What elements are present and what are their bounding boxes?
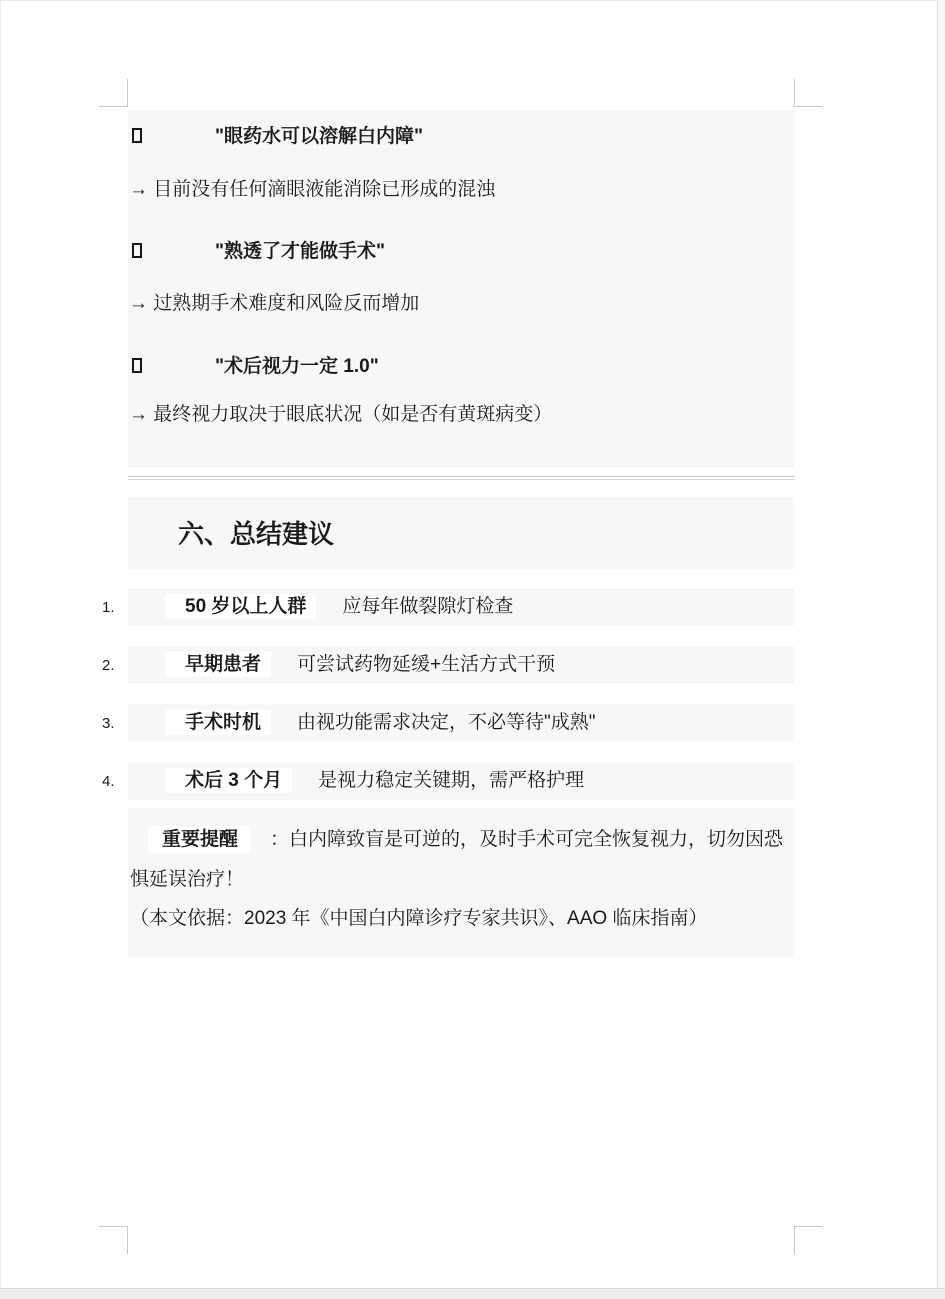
section-divider xyxy=(128,476,795,480)
list-item: 2. 早期患者可尝试药物延缓+生活方式干预 xyxy=(128,646,794,684)
summary-heading-block: 六、总结建议 xyxy=(128,497,794,569)
app-background-right xyxy=(938,0,945,1299)
myth-rebuttal-row: → 最终视力取决于眼底状况（如是否有黄斑病变） xyxy=(128,404,794,426)
list-number: 2. xyxy=(102,657,115,674)
list-text: 是视力稳定关键期，需严格护理 xyxy=(318,770,584,791)
page-edge-left xyxy=(0,0,1,1299)
list-item-content: 50 岁以上人群应每年做裂隙灯检查 xyxy=(128,596,513,618)
summary-heading: 六、总结建议 xyxy=(178,520,334,548)
list-text: 应每年做裂隙灯检查 xyxy=(342,596,513,617)
page-edge-right xyxy=(937,0,938,1299)
list-term: 早期患者 xyxy=(165,652,271,677)
note-label: 重要提醒 xyxy=(148,826,250,853)
list-item: 3. 手术时机由视功能需求决定，不必等待"成熟" xyxy=(128,704,794,742)
myth-claim: "术后视力一定 1.0" xyxy=(215,356,379,377)
list-number: 1. xyxy=(102,599,115,616)
list-item-content: 术后 3 个月是视力稳定关键期，需严格护理 xyxy=(128,770,584,792)
myth-rebuttal: → 过熟期手术难度和风险反而增加 xyxy=(129,293,419,314)
crop-mark-top-left xyxy=(99,79,128,107)
myth-item: "眼药水可以溶解白内障" xyxy=(128,126,794,148)
list-term: 手术时机 xyxy=(165,710,271,735)
document-page: "眼药水可以溶解白内障" → 目前没有任何滴眼液能消除已形成的混浊 "熟透了才能… xyxy=(0,0,945,1299)
list-item: 4. 术后 3 个月是视力稳定关键期，需严格护理 xyxy=(128,762,794,800)
crop-mark-top-right xyxy=(794,79,823,107)
app-background-bottom xyxy=(0,1288,945,1299)
myth-rebuttal-row: → 过熟期手术难度和风险反而增加 xyxy=(128,293,794,315)
myth-rebuttal: → 目前没有任何滴眼液能消除已形成的混浊 xyxy=(129,179,495,200)
list-item-content: 手术时机由视功能需求决定，不必等待"成熟" xyxy=(128,712,596,734)
list-text: 可尝试药物延缓+生活方式干预 xyxy=(297,654,555,675)
list-term: 50 岁以上人群 xyxy=(165,594,316,619)
myth-rebuttal: → 最终视力取决于眼底状况（如是否有黄斑病变） xyxy=(129,404,552,425)
missing-glyph-icon xyxy=(132,128,142,143)
page-edge-top xyxy=(0,0,945,1)
list-number: 3. xyxy=(102,715,115,732)
list-number: 4. xyxy=(102,773,115,790)
citation: （本文依据：2023 年《中国白内障诊疗专家共识》、AAO 临床指南） xyxy=(130,908,707,929)
important-note-block: 重要提醒：白内障致盲是可逆的，及时手术可完全恢复视力，切勿因恐惧延误治疗！ （本… xyxy=(128,808,794,958)
myth-item: "熟透了才能做手术" xyxy=(128,241,794,263)
myth-claim: "眼药水可以溶解白内障" xyxy=(215,126,423,147)
list-term: 术后 3 个月 xyxy=(165,768,292,793)
missing-glyph-icon xyxy=(132,243,142,258)
list-item: 1. 50 岁以上人群应每年做裂隙灯检查 xyxy=(128,588,794,626)
list-text: 由视功能需求决定，不必等待"成熟" xyxy=(297,712,596,733)
myth-claim: "熟透了才能做手术" xyxy=(215,241,385,262)
important-note: 重要提醒：白内障致盲是可逆的，及时手术可完全恢复视力，切勿因恐惧延误治疗！ xyxy=(130,820,792,900)
myth-item: "术后视力一定 1.0" xyxy=(128,356,794,378)
crop-mark-bottom-left xyxy=(99,1226,128,1254)
missing-glyph-icon xyxy=(132,358,142,373)
crop-mark-bottom-right xyxy=(794,1226,823,1254)
list-item-content: 早期患者可尝试药物延缓+生活方式干预 xyxy=(128,654,555,676)
myth-rebuttal-row: → 目前没有任何滴眼液能消除已形成的混浊 xyxy=(128,179,794,201)
myths-section: "眼药水可以溶解白内障" → 目前没有任何滴眼液能消除已形成的混浊 "熟透了才能… xyxy=(128,110,794,468)
